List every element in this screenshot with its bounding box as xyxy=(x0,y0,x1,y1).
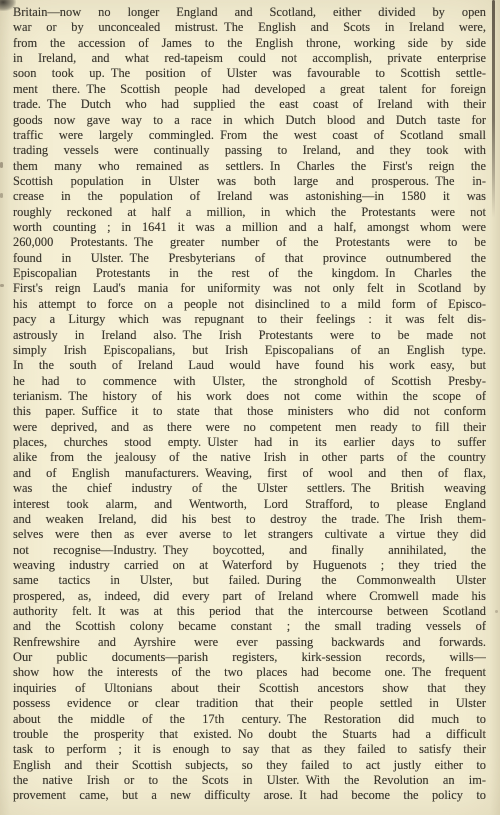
text-line: war or by unconcealed mistrust. The Engl… xyxy=(13,20,486,35)
text-line: worth counting ; in 1641 it was a millio… xyxy=(13,220,486,235)
text-line: weaving industry carried on at Waterford… xyxy=(13,558,486,573)
text-line: Britain—now no longer England and Scotla… xyxy=(13,5,486,20)
text-line: Our public documents—parish registers, k… xyxy=(13,650,486,665)
text-line: Renfrewshire and Ayrshire were ever pass… xyxy=(13,635,486,650)
text-line: trouble the prosperity that existed. No … xyxy=(13,727,486,742)
text-line: 260,000 Protestants. The greater number … xyxy=(13,235,486,250)
text-line: and of English manufacturers. Weaving, f… xyxy=(13,466,486,481)
text-line: traffic were largely commingled. From th… xyxy=(13,128,486,143)
text-line: trade. The Dutch who had supplied the ea… xyxy=(13,97,486,112)
text-line: and the Scottish colony became constant … xyxy=(13,619,486,634)
text-line: soon took up. The position of Ulster was… xyxy=(13,66,486,81)
scan-speck xyxy=(0,193,3,198)
text-line: show how the interests of the two places… xyxy=(13,665,486,680)
text-line: English and their Scottish subjects, so … xyxy=(13,758,486,773)
text-line: In the south of Ireland Laud would have … xyxy=(13,358,486,373)
text-line: the native Irish or to the Scots in Ulst… xyxy=(13,773,486,788)
text-line: authority felt. It was at this period th… xyxy=(13,604,486,619)
text-line: astrously in Ireland also. The Irish Pro… xyxy=(13,328,486,343)
text-line: First's reign Laud's mania for uniformit… xyxy=(13,281,486,296)
text-line: was the chief industry of the Ulster set… xyxy=(13,481,486,496)
scan-speck xyxy=(0,284,4,287)
text-line: alike from the jealousy of the native Ir… xyxy=(13,450,486,465)
text-line: in Ireland, and what red-tapeism could n… xyxy=(13,51,486,66)
text-line: not recognise—Industry. They boycotted, … xyxy=(13,543,486,558)
text-line: and weaken Ireland, did his best to dest… xyxy=(13,512,486,527)
text-line: them many who remained as settlers. In C… xyxy=(13,159,486,174)
text-line: places, churches stood empty. Ulster had… xyxy=(13,435,486,450)
text-line: terianism. The history of his work does … xyxy=(13,389,486,404)
text-line: he had to commence with Ulster, the stro… xyxy=(13,374,486,389)
text-line: from the accession of James to the Engli… xyxy=(13,36,486,51)
scan-edge-line-right xyxy=(492,0,495,218)
text-line: prospered, as, indeed, did every part of… xyxy=(13,589,486,604)
book-page: Britain—now no longer England and Scotla… xyxy=(0,0,500,815)
text-line: same tactics in Ulster, but failed. Duri… xyxy=(13,573,486,588)
text-line: trading vessels were continually passing… xyxy=(13,143,486,158)
scan-speck xyxy=(495,610,498,613)
text-line: Episcopalian Protestants in the rest of … xyxy=(13,266,486,281)
text-line: about the middle of the 17th century. Th… xyxy=(13,712,486,727)
text-line: found in Ulster. The Presbyterians of th… xyxy=(13,251,486,266)
text-line: his attempt to force on a people not dis… xyxy=(13,297,486,312)
text-line: this paper. Suffice it to state that tho… xyxy=(13,404,486,419)
text-line: roughly reckoned at half a million, in w… xyxy=(13,205,486,220)
text-line: selves were then as ever averse to let s… xyxy=(13,527,486,542)
text-line: interest took alarm, and Wentworth, Lord… xyxy=(13,497,486,512)
text-line: provement came, but a new difficulty aro… xyxy=(13,788,486,803)
text-line: Scottish population in Ulster was both l… xyxy=(13,174,486,189)
text-line: goods now gave way to a race in which Du… xyxy=(13,113,486,128)
text-line: pacy a Liturgy which was repugnant to th… xyxy=(13,312,486,327)
page-text: Britain—now no longer England and Scotla… xyxy=(13,5,486,804)
text-line: crease in the population of Ireland was … xyxy=(13,189,486,204)
text-line: ment there. The Scottish people had deve… xyxy=(13,82,486,97)
text-line: were deprived, and as there were no comp… xyxy=(13,420,486,435)
scan-speck xyxy=(0,162,3,168)
text-line: task to perform ; it is enough to say th… xyxy=(13,742,486,757)
text-line: possess evidence or clear tradition that… xyxy=(13,696,486,711)
text-line: inquiries of Ultonians about their Scott… xyxy=(13,681,486,696)
text-line: simply Irish Episcopalians, but Irish Ep… xyxy=(13,343,486,358)
